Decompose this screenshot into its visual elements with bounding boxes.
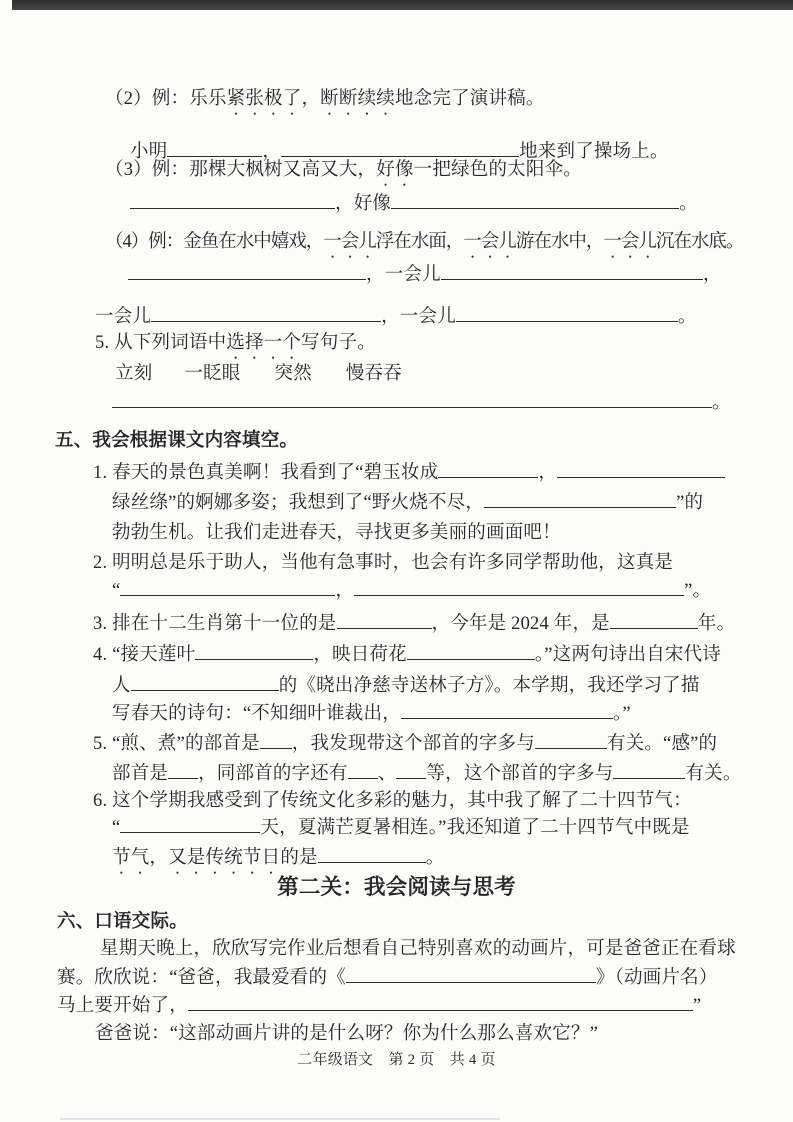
text-segment: 一眨眼 (184, 364, 240, 384)
fill-in-blank[interactable] (318, 857, 426, 863)
word-gap (152, 377, 184, 379)
text-segment: 1. 春天的景色真美啊！我看到了“碧玉妆成 (93, 463, 438, 483)
fill-in-blank[interactable] (167, 151, 262, 157)
section-6-title: 六、口语交际。 (57, 909, 188, 933)
text-segment: 部首是 (112, 764, 168, 784)
q4-line-2: 人的《晓出净慈寺送林子方》。本学期，我还学习了描 (112, 674, 700, 698)
text-segment: 。”这两句诗出自宋代诗 (535, 645, 721, 665)
text-segment: 写句子。 (301, 333, 376, 353)
text-segment: ，好像 (335, 194, 391, 214)
text-segment: 天，夏满芒夏暑相连。”我还知道了二十四节气中既是 (260, 818, 689, 838)
text-segment: ，今年是 2024 年，是 (432, 614, 610, 634)
text-segment: 。 (426, 848, 445, 868)
text-segment: ， (703, 265, 722, 285)
scan-artifact (60, 1118, 500, 1120)
fill-in-blank[interactable] (613, 773, 685, 779)
text-segment: ，我发现带这个部首的字多与 (292, 734, 535, 754)
text-segment: 有关。 (685, 764, 741, 784)
text-segment: 的是 (280, 848, 317, 868)
text-segment: 赛。欣欣说：“爸爸，我最爱看的《 (57, 968, 346, 988)
example-sentence-3: （3）例：那棵大枫树又高又大，好像一把绿色的太阳伞。 (105, 158, 582, 190)
text-segment: 浮在水面， (376, 232, 464, 252)
text-segment: ，同部首的字还有 (198, 764, 348, 784)
fill-in-blank[interactable] (535, 743, 607, 749)
fill-in-blank[interactable] (195, 654, 313, 660)
example-sentence-2: （2）例：乐乐紧张极了，断断续续地念完了演讲稿。 (105, 87, 545, 119)
text-segment: ， (301, 89, 320, 109)
fill-in-blank[interactable] (131, 685, 279, 691)
text-segment: （2）例：乐乐 (105, 89, 227, 109)
emphasized-text: 一会儿 (323, 232, 376, 252)
q3-line: 3. 排在十二生肖第十一位的是，今年是 2024 年，是年。 (93, 612, 735, 636)
fill-in-blank[interactable] (346, 977, 596, 983)
text-segment: ， (538, 463, 557, 483)
fill-in-blank[interactable] (188, 1005, 693, 1011)
text-segment: 马上要开始了， (57, 996, 188, 1016)
fill-in-blank[interactable] (260, 743, 292, 749)
oral-para-line-1: 星期天晚上，欣欣写完作业后想看自己特别喜欢的动画片，可是爸爸正在看球 (100, 937, 736, 961)
fill-in-blank[interactable] (128, 274, 366, 280)
fill-in-blank[interactable] (456, 316, 678, 322)
text-segment: 一会儿 (95, 307, 151, 327)
fill-in-blank[interactable] (281, 151, 519, 157)
text-segment: 突然 (275, 364, 312, 384)
fill-in-blank[interactable] (130, 203, 335, 209)
word-bank: 立刻一眨眼突然慢吞吞 (115, 362, 402, 386)
fill-in-blank[interactable] (348, 773, 378, 779)
text-segment: 一把绿色的太阳伞。 (414, 160, 582, 180)
text-segment: 的《晓出净慈寺送林子方》。本学期，我还学习了描 (279, 676, 700, 696)
text-segment: 5. 从下列词语中 (95, 333, 226, 353)
text-segment: ” (693, 996, 701, 1016)
page-footer: 二年级语文 第 2 页 共 4 页 (0, 1048, 793, 1072)
text-segment: 、 (378, 764, 397, 784)
text-segment: “ (112, 581, 120, 601)
answer-line-3: ，好像。 (130, 192, 698, 216)
text-segment: ， (335, 581, 354, 601)
fill-in-blank[interactable] (407, 654, 535, 660)
emphasized-text: 一会儿 (463, 232, 516, 252)
fill-in-blank[interactable] (484, 502, 676, 508)
fill-in-blank[interactable] (120, 827, 260, 833)
text-segment: （4）例：金鱼在水中嬉戏， (105, 232, 323, 252)
scan-edge-bar (12, 0, 793, 10)
text-segment: ， (149, 848, 168, 868)
oral-para-line-3: 马上要开始了，” (57, 994, 701, 1018)
text-segment: 绿丝绦”的婀娜多姿；我想到了“野火烧不尽， (112, 493, 484, 513)
fill-in-blank[interactable] (391, 203, 679, 209)
text-segment: 年。 (698, 614, 735, 634)
fill-in-blank[interactable] (396, 773, 426, 779)
q1-line-1: 1. 春天的景色真美啊！我看到了“碧玉妆成， (93, 461, 725, 485)
emphasized-text: 一会儿 (603, 232, 656, 252)
answer-line-4a: ，一会儿， (128, 263, 722, 287)
fill-in-blank[interactable] (151, 316, 381, 322)
example-sentence-4: （4）例：金鱼在水中嬉戏，一会儿浮在水面，一会儿游在水中，一会儿沉在水底。 (105, 230, 743, 262)
oral-para-line-4: 爸爸说：“这部动画片讲的是什么呀？你为什么那么喜欢它？” (95, 1022, 598, 1046)
text-segment: 。 (679, 194, 698, 214)
text-segment: 3. 排在十二生肖第十一位的是 (93, 614, 337, 634)
question-5-prompt: 5. 从下列词语中选择一个写句子。 (95, 331, 376, 363)
text-segment: 4. “接天莲叶 (93, 645, 195, 665)
text-segment: ”。 (684, 581, 711, 601)
text-segment: 有关。“感”的 (607, 734, 717, 754)
text-segment: 5. “煎、煮”的部首是 (93, 734, 260, 754)
fill-in-blank[interactable] (610, 623, 698, 629)
fill-in-blank[interactable] (401, 713, 613, 719)
q4-line-1: 4. “接天莲叶，映日荷花。”这两句诗出自宋代诗 (93, 643, 721, 667)
q6-line-2: “天，夏满芒夏暑相连。”我还知道了二十四节气中既是 (112, 816, 690, 840)
fill-in-blank[interactable] (441, 274, 703, 280)
text-segment: ，一会儿 (366, 265, 441, 285)
text-segment: 。” (613, 704, 631, 724)
text-segment: （3）例：那棵大枫树又高又大， (105, 160, 376, 180)
answer-line-4b: 一会儿，一会儿。 (95, 305, 697, 329)
emphasized-text: 断断续续 (320, 89, 395, 109)
q5-line-1: 5. “煎、煮”的部首是，我发现带这个部首的字多与有关。“感”的 (93, 732, 717, 756)
worksheet-page: （2）例：乐乐紧张极了，断断续续地念完了演讲稿。 小明，地来到了操场上。 （3）… (0, 0, 793, 1122)
q2-line-2: “，”。 (112, 579, 711, 603)
fill-in-blank[interactable] (438, 472, 538, 478)
text-segment: 立刻 (115, 364, 152, 384)
q1-line-3: 勃勃生机。让我们走进春天，寻找更多美丽的画面吧！ (112, 521, 561, 545)
text-segment: “ (112, 818, 120, 838)
emphasized-text: 好像 (376, 160, 413, 180)
section-5-title: 五、我会根据课文内容填空。 (55, 428, 298, 452)
q6-line-1: 6. 这个学期我感受到了传统文化多彩的魅力，其中我了解了二十四节气： (93, 789, 692, 813)
fill-in-blank[interactable] (120, 590, 335, 596)
text-segment: 人 (112, 676, 131, 696)
text-segment: 。 (712, 393, 731, 413)
oral-para-line-2: 赛。欣欣说：“爸爸，我最爱看的《》（动画片名） (57, 966, 718, 990)
text-segment: 游在水中， (516, 232, 604, 252)
text-segment: 地念完了演讲稿。 (395, 89, 545, 109)
text-segment: 》（动画片名） (596, 968, 718, 988)
word-gap (241, 377, 275, 379)
text-segment: 写春天的诗句：“不知细叶谁裁出， (112, 704, 401, 724)
emphasized-text: 紧张极了 (227, 89, 302, 109)
fill-in-blank[interactable] (337, 623, 432, 629)
q2-line-1: 2. 明明总是乐于助人，当他有急事时，也会有许多同学帮助他，这真是 (93, 551, 673, 575)
text-segment: 。 (678, 307, 697, 327)
q1-line-2: 绿丝绦”的婀娜多姿；我想到了“野火烧不尽，”的 (112, 491, 703, 515)
text-segment: ”的 (676, 493, 703, 513)
fill-in-blank[interactable] (112, 402, 712, 408)
word-gap (312, 377, 346, 379)
emphasized-text: 又是传统节日 (168, 848, 280, 868)
fill-in-blank[interactable] (168, 773, 198, 779)
text-segment: ，映日荷花 (313, 645, 407, 665)
fill-in-blank[interactable] (557, 472, 725, 478)
text-segment: ，一会儿 (381, 307, 456, 327)
text-segment: 沉在水底。 (656, 232, 744, 252)
text-segment: 慢吞吞 (346, 364, 402, 384)
emphasized-text: 节气 (112, 848, 149, 868)
emphasized-text: 选择一个 (226, 333, 301, 353)
answer-line-5: 。 (112, 391, 731, 415)
q4-line-3: 写春天的诗句：“不知细叶谁裁出，。” (112, 702, 631, 726)
text-segment: 等，这个部首的字多与 (426, 764, 613, 784)
fill-in-blank[interactable] (354, 590, 684, 596)
part-2-header: 第二关：我会阅读与思考 (0, 874, 793, 901)
q5-line-2: 部首是，同部首的字还有、等，这个部首的字多与有关。 (112, 762, 742, 786)
